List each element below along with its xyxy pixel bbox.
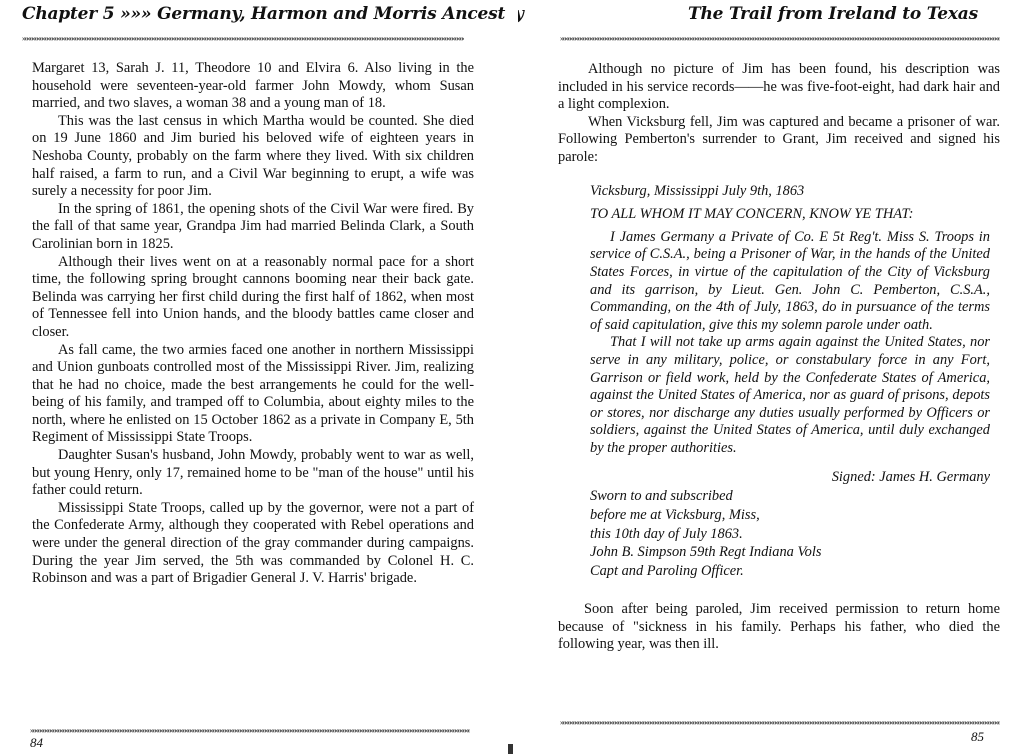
gutter-mark bbox=[508, 744, 513, 754]
header-ornament-rule: »»»»»»»»»»»»»»»»»»»»»»»»»»»»»»»»»»»»»»»»… bbox=[560, 34, 1000, 44]
attestation-line: Capt and Paroling Officer. bbox=[590, 562, 990, 581]
parole-paragraph: I James Germany a Private of Co. E 5t Re… bbox=[590, 229, 990, 335]
paragraph: Mississippi State Troops, called up by t… bbox=[32, 500, 474, 588]
footer-ornament-rule: »»»»»»»»»»»»»»»»»»»»»»»»»»»»»»»»»»»»»»»»… bbox=[30, 726, 470, 736]
footer-ornament-rule: »»»»»»»»»»»»»»»»»»»»»»»»»»»»»»»»»»»»»»»»… bbox=[560, 718, 1000, 728]
attestation-line: John B. Simpson 59th Regt Indiana Vols bbox=[590, 543, 990, 562]
paragraph: This was the last census in which Martha… bbox=[32, 113, 474, 201]
book-gutter bbox=[506, 0, 518, 754]
right-body-text: Although no picture of Jim has been foun… bbox=[558, 61, 1000, 654]
page-number: 84 bbox=[30, 735, 43, 751]
parole-signature: Signed: James H. Germany bbox=[590, 469, 990, 487]
header-ornament-rule: »»»»»»»»»»»»»»»»»»»»»»»»»»»»»»»»»»»»»»»»… bbox=[22, 34, 464, 44]
paragraph: Although their lives went on at a reason… bbox=[32, 254, 474, 342]
parole-salutation: TO ALL WHOM IT MAY CONCERN, KNOW YE THAT… bbox=[590, 206, 990, 224]
attestation-line: before me at Vicksburg, Miss, bbox=[590, 506, 990, 525]
paragraph: When Vicksburg fell, Jim was captured an… bbox=[558, 114, 1000, 167]
parole-paragraph: That I will not take up arms again again… bbox=[590, 334, 990, 457]
parole-attestation: Sworn to and subscribed before me at Vic… bbox=[590, 487, 990, 581]
page-number: 85 bbox=[971, 729, 984, 745]
paragraph: In the spring of 1861, the opening shots… bbox=[32, 201, 474, 254]
right-page: The Trail from Ireland to Texas »»»»»»»»… bbox=[518, 0, 1024, 754]
paragraph: Margaret 13, Sarah J. 11, Theodore 10 an… bbox=[32, 60, 474, 113]
attestation-line: Sworn to and subscribed bbox=[590, 487, 990, 506]
paragraph: Although no picture of Jim has been foun… bbox=[558, 61, 1000, 114]
paragraph: As fall came, the two armies faced one a… bbox=[32, 342, 474, 448]
left-page: Chapter 5 »»» Germany, Harmon and Morris… bbox=[0, 0, 506, 754]
paragraph: Daughter Susan's husband, John Mowdy, pr… bbox=[32, 447, 474, 500]
chapter-running-head: Chapter 5 »»» Germany, Harmon and Morris… bbox=[22, 4, 524, 24]
attestation-line: this 10th day of July 1863. bbox=[590, 525, 990, 544]
paragraph: Soon after being paroled, Jim received p… bbox=[558, 601, 1000, 654]
parole-document: Vicksburg, Mississippi July 9th, 1863 TO… bbox=[590, 183, 990, 581]
parole-date-line: Vicksburg, Mississippi July 9th, 1863 bbox=[590, 183, 990, 201]
book-running-head: The Trail from Ireland to Texas bbox=[688, 4, 978, 24]
left-body-text: Margaret 13, Sarah J. 11, Theodore 10 an… bbox=[32, 60, 474, 588]
